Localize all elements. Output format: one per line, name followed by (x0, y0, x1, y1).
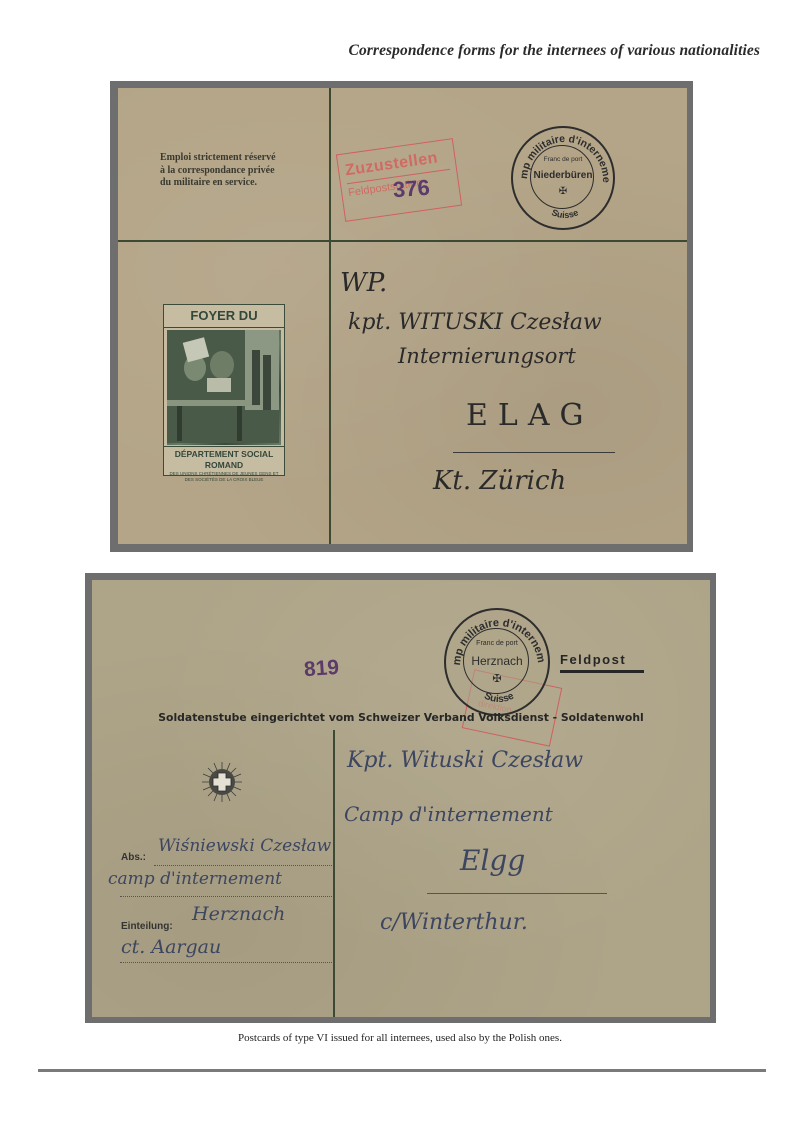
cancel-stamp-niederburen: Camp militaire d'internement Suisse Fran… (511, 126, 615, 230)
cancel-town: Herznach (446, 654, 548, 668)
cancel-stamp-herznach: Camp militaire d'internement Suisse Fran… (444, 608, 550, 716)
feldpost-label: Feldpost (560, 652, 626, 667)
address-line-canton: Kt. Zürich (433, 466, 566, 496)
vignette-title: FOYER DU SOLDAT (164, 305, 284, 328)
address-line-winterthur: c/Winterthur. (380, 910, 528, 935)
figure-caption: Postcards of type VI issued for all inte… (0, 1032, 800, 1044)
vignette-illustration (167, 330, 281, 445)
purple-number-stamp: 376 (392, 175, 430, 203)
footer-rule (38, 1069, 766, 1072)
printed-notice: Emploi strictement réservé à la correspo… (160, 152, 276, 190)
envelope-1-horizontal-rule (118, 240, 687, 242)
abs-line2: camp d'internement (108, 869, 282, 889)
address-line-camp: Camp d'internement (344, 802, 553, 826)
swiss-cross-icon: ✠ (446, 672, 548, 685)
envelope-1: Emploi strictement réservé à la correspo… (118, 88, 687, 544)
foyer-du-soldat-vignette: FOYER DU SOLDAT DÉPARTEMENT SOCIAL ROMAN… (163, 304, 285, 476)
notice-line: Emploi strictement réservé (160, 152, 276, 165)
soldiers-reading-illustration (167, 330, 279, 443)
abs-value: Wiśniewski Czesław (158, 836, 331, 856)
svg-text:Suisse: Suisse (550, 207, 580, 220)
address-line-elag: ELAG (466, 398, 593, 433)
cancel-franc-de-port: Franc de port (513, 156, 613, 163)
address-line-wp: WP. (340, 268, 387, 298)
purple-number-stamp: 819 (303, 656, 340, 682)
envelope-2-vertical-rule (333, 730, 335, 1017)
einteilung-dotted-line (120, 962, 332, 963)
abs-dotted-line-2 (120, 896, 332, 897)
abs-dotted-line (154, 865, 332, 866)
address-underline (427, 893, 607, 894)
notice-line: à la correspondance privée (160, 165, 276, 178)
vignette-sub2: DES SOCIÉTÉS DE LA CROIX BLEUE (164, 477, 284, 483)
soldatenstube-banner: Soldatenstube eingerichtet vom Schweizer… (92, 711, 710, 724)
address-line-name: Kpt. Wituski Czesław (347, 748, 583, 773)
envelope-1-vertical-rule (329, 88, 331, 544)
swiss-cross-icon: ✠ (513, 186, 613, 197)
address-line-internierungsort: Internierungsort (398, 344, 576, 368)
einteilung-line2: ct. Aargau (121, 936, 221, 958)
swiss-cross-emblem-icon (200, 760, 244, 804)
einteilung-label: Einteilung: (121, 921, 173, 932)
envelope-2: 819 direktion Camp militaire d'interneme… (92, 580, 710, 1017)
vignette-footer: DÉPARTEMENT SOCIAL ROMAND DES UNIONS CHR… (164, 446, 284, 475)
address-underline (453, 452, 615, 453)
vignette-dept: DÉPARTEMENT SOCIAL ROMAND (164, 449, 284, 471)
cancel-town: Niederbüren (513, 170, 613, 181)
abs-label: Abs.: (121, 852, 146, 863)
feldpost-underline (560, 670, 644, 673)
address-line-name: kpt. WITUSKI Czesław (348, 310, 602, 335)
notice-line: du militaire en service. (160, 177, 276, 190)
einteilung-value: Herznach (192, 903, 285, 925)
page-title: Correspondence forms for the internees o… (349, 42, 760, 60)
address-line-elgg: Elgg (460, 844, 525, 877)
cancel-franc-de-port: Franc de port (446, 640, 548, 647)
